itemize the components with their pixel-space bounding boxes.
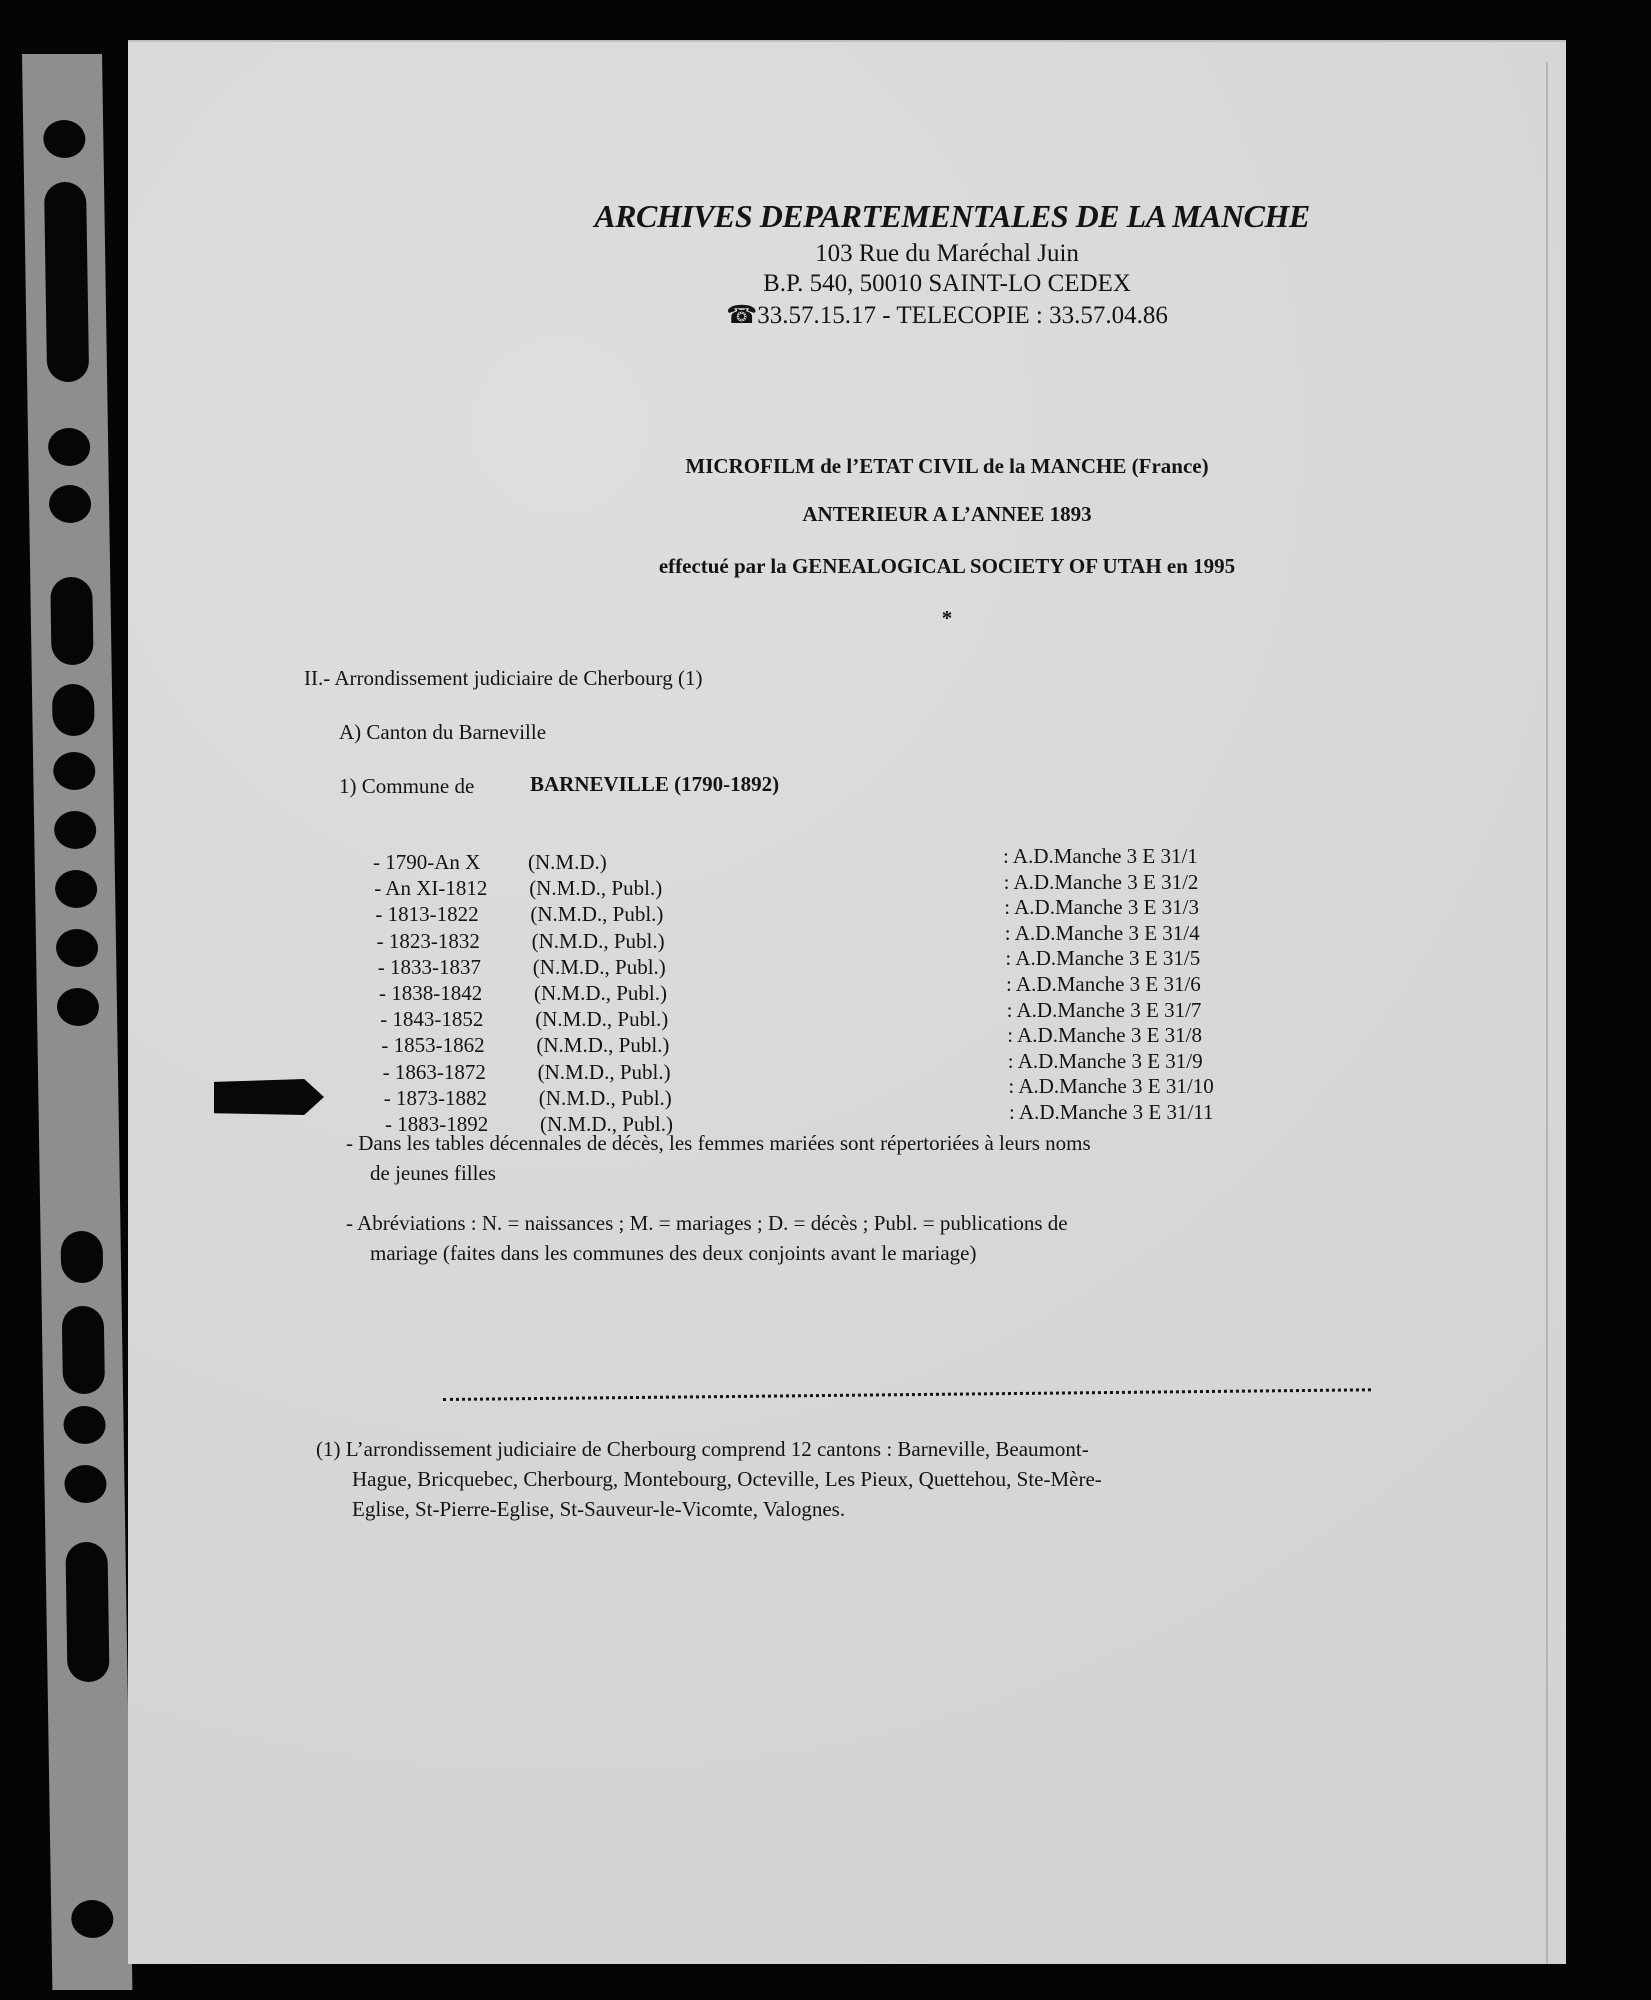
arrondissement-heading: II.- Arrondissement judiciaire de Cherbo… <box>304 666 703 691</box>
register-types: (N.M.D., Publ.) <box>530 902 663 927</box>
page-edge <box>1546 62 1548 1964</box>
film-perforation <box>56 929 99 967</box>
register-period: - 1863-1872 <box>383 1060 486 1085</box>
film-perforation <box>60 1231 103 1283</box>
register-types: (N.M.D., Publ.) <box>529 876 662 901</box>
film-perforation <box>64 1465 107 1503</box>
register-period: - 1813-1822 <box>375 902 478 927</box>
note-1-line-2: de jeunes filles <box>346 1158 1091 1188</box>
dotted-divider <box>443 1388 1371 1401</box>
telephone-icon: ☎ <box>726 302 757 329</box>
film-perforation <box>50 577 93 665</box>
film-perforation <box>65 1542 109 1682</box>
address-line-1: 103 Rue du Maréchal Juin <box>128 240 1566 268</box>
register-reference: : A.D.Manche 3 E 31/8 <box>1007 1023 1202 1048</box>
register-reference: : A.D.Manche 3 E 31/5 <box>1005 946 1200 971</box>
heading-separator: * <box>128 606 1566 631</box>
phone-fax-text: 33.57.15.17 - TELECOPIE : 33.57.04.86 <box>757 302 1168 329</box>
note-1: - Dans les tables décennales de décès, l… <box>346 1128 1091 1188</box>
note-2-line-2: mariage (faites dans les communes des de… <box>346 1238 1068 1268</box>
note-2: - Abréviations : N. = naissances ; M. = … <box>346 1208 1068 1268</box>
commune-name: BARNEVILLE (1790-1892) <box>530 772 779 797</box>
register-types: (N.M.D., Publ.) <box>539 1086 672 1111</box>
register-types: (N.M.D., Publ.) <box>534 981 667 1006</box>
film-perforation <box>63 1406 106 1444</box>
register-reference: : A.D.Manche 3 E 31/2 <box>1004 870 1199 895</box>
canton-heading: A) Canton du Barneville <box>339 720 546 745</box>
register-period: - 1833-1837 <box>378 955 481 980</box>
commune-label: 1) Commune de <box>339 774 474 799</box>
film-perforation <box>49 485 92 523</box>
heading-society: effectué par la GENEALOGICAL SOCIETY OF … <box>128 554 1566 579</box>
footnote-line-1: (1) L’arrondissement judiciaire de Cherb… <box>316 1434 1102 1464</box>
film-strip <box>22 54 132 1990</box>
register-types: (N.M.D., Publ.) <box>536 1033 669 1058</box>
film-perforation <box>55 870 98 908</box>
pointer-arrow-icon <box>214 1079 324 1115</box>
footnote-line-3: Eglise, St-Pierre-Eglise, St-Sauveur-le-… <box>316 1494 1102 1524</box>
film-perforation <box>44 182 89 382</box>
register-types: (N.M.D., Publ.) <box>532 929 665 954</box>
register-period: - 1843-1852 <box>380 1007 483 1032</box>
register-period: - 1853-1862 <box>381 1033 484 1058</box>
heading-microfilm: MICROFILM de l’ETAT CIVIL de la MANCHE (… <box>128 454 1566 479</box>
register-types: (N.M.D., Publ.) <box>533 955 666 980</box>
film-perforation <box>62 1306 105 1394</box>
register-period: - An XI-1812 <box>374 876 487 901</box>
film-perforation <box>43 120 86 158</box>
phone-line: ☎33.57.15.17 - TELECOPIE : 33.57.04.86 <box>128 300 1566 330</box>
note-2-line-1: - Abréviations : N. = naissances ; M. = … <box>346 1208 1068 1238</box>
register-reference: : A.D.Manche 3 E 31/11 <box>1009 1100 1214 1125</box>
film-perforation <box>52 684 95 736</box>
letterhead-title: ARCHIVES DEPARTEMENTALES DE LA MANCHE <box>128 198 1566 235</box>
film-perforation <box>71 1900 114 1938</box>
note-1-line-1: - Dans les tables décennales de décès, l… <box>346 1128 1091 1158</box>
register-reference: : A.D.Manche 3 E 31/7 <box>1007 998 1202 1023</box>
register-reference: : A.D.Manche 3 E 31/6 <box>1006 972 1201 997</box>
film-perforation <box>57 988 100 1026</box>
register-reference: : A.D.Manche 3 E 31/4 <box>1005 921 1200 946</box>
film-perforation <box>48 428 91 466</box>
address-line-2: B.P. 540, 50010 SAINT-LO CEDEX <box>128 270 1566 298</box>
register-types: (N.M.D., Publ.) <box>538 1060 671 1085</box>
register-reference: : A.D.Manche 3 E 31/1 <box>1003 844 1198 869</box>
register-reference: : A.D.Manche 3 E 31/10 <box>1008 1074 1213 1099</box>
film-perforation <box>54 811 97 849</box>
register-types: (N.M.D.) <box>528 850 607 875</box>
film-perforation <box>53 752 96 790</box>
register-period: - 1823-1832 <box>377 929 480 954</box>
heading-anterior: ANTERIEUR A L’ANNEE 1893 <box>128 502 1566 527</box>
register-types: (N.M.D., Publ.) <box>535 1007 668 1032</box>
register-period: - 1790-An X <box>373 850 480 875</box>
register-period: - 1873-1882 <box>384 1086 487 1111</box>
footnote-line-2: Hague, Bricquebec, Cherbourg, Montebourg… <box>316 1464 1102 1494</box>
register-reference: : A.D.Manche 3 E 31/3 <box>1004 895 1199 920</box>
register-period: - 1838-1842 <box>379 981 482 1006</box>
register-reference: : A.D.Manche 3 E 31/9 <box>1008 1049 1203 1074</box>
footnote: (1) L’arrondissement judiciaire de Cherb… <box>316 1434 1102 1524</box>
document-page: ARCHIVES DEPARTEMENTALES DE LA MANCHE 10… <box>128 40 1566 1964</box>
